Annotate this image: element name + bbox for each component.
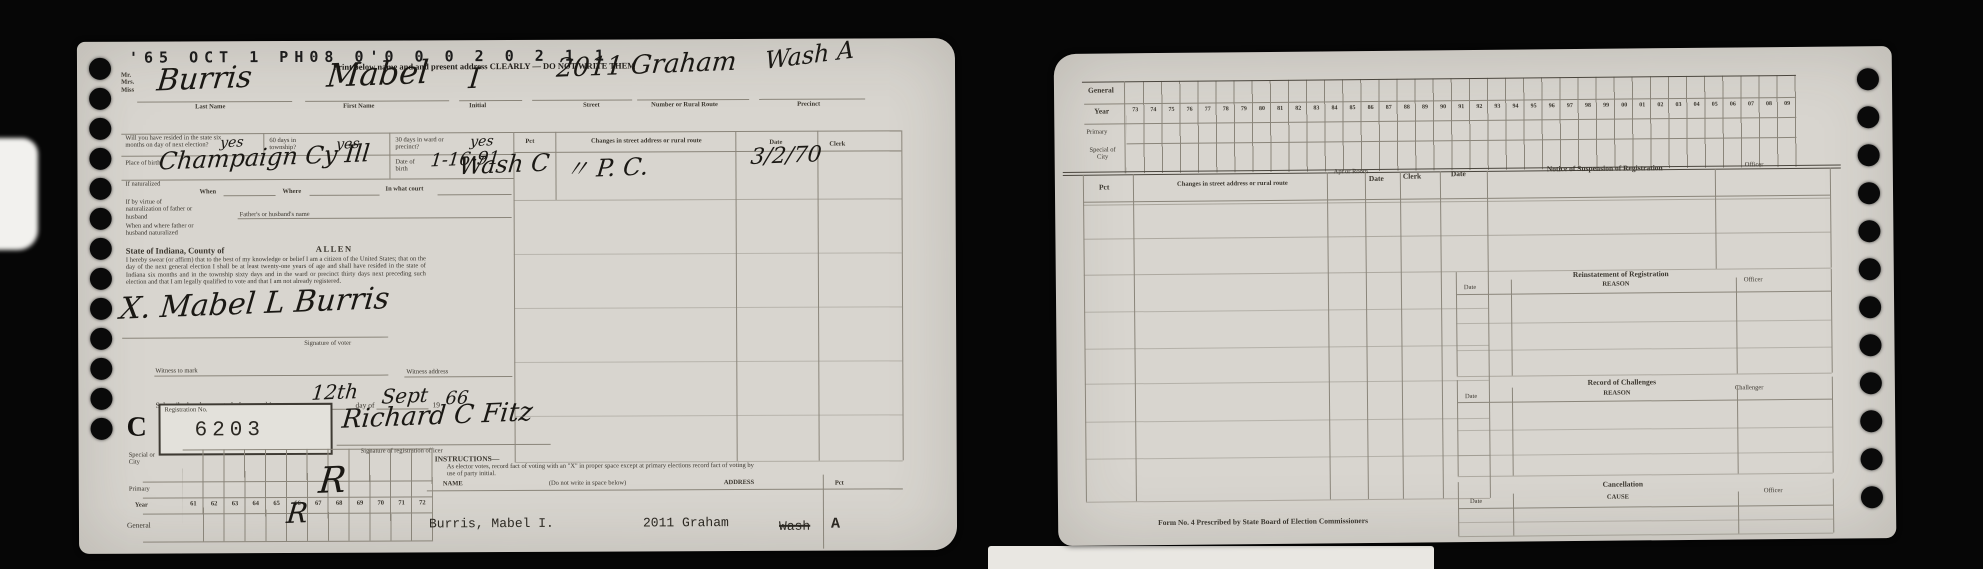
adjacent-card-edge [988,546,1434,569]
grid-special-label: Special of City [1087,146,1119,161]
year-cell: 02 [1651,102,1669,108]
salutation-labels: Mr. Mrs. Miss [121,72,134,94]
year-cell: 97 [1561,103,1579,109]
year-cell: 91 [1452,104,1470,110]
punch-hole [1857,106,1879,128]
rule-line [1084,345,1488,350]
punch-hole [1858,220,1880,242]
rule-line [1457,427,1832,432]
punch-hole [90,388,112,410]
col-clerk-header: Clerk [1403,173,1421,182]
initial-label: Initial [469,102,486,109]
rule-line [310,195,380,196]
oath-heading: State of Indiana, County of [126,246,225,256]
rule-line [817,131,819,461]
punch-hole [90,238,112,260]
reinstatement-officer-label: Officer [1744,276,1763,283]
year-cell: 98 [1579,103,1597,109]
rule-line [1513,494,1514,536]
rule-line [1456,320,1831,325]
salutation-mr: Mr. [121,72,134,79]
rule-line [514,252,902,255]
col-changes-header: Changes in street address or rural route [1150,180,1315,189]
typed-precinct-struck: Wash [779,519,810,534]
rule-line [122,337,388,339]
rule-line [143,540,433,542]
punch-hole [89,118,111,140]
punch-hole [89,88,111,110]
date-of-birth-label: Date of birth [395,158,425,173]
witness-to-mark-label: Witness to mark [155,367,197,374]
rule-line [121,178,513,181]
col-date2-header: Date [1451,170,1466,179]
salutation-miss: Miss [121,86,134,93]
rule-line [1458,519,1833,524]
naturalized-when-label: When [200,188,217,195]
year-cell: 69 [350,500,371,507]
changes-clerk-header: Clerk [829,141,845,148]
rule-line [1458,505,1833,510]
col-pct-header: Pct [1099,184,1110,192]
rule-line [459,100,522,101]
precinct-label: Precinct [797,101,820,108]
registration-officer-signature: Richard C Fitz [341,397,535,435]
instructions-body: As elector votes, record fact of voting … [447,462,759,478]
col-suspension-header: Notice of Suspension of Registration [1507,164,1703,174]
rule-line [1715,169,1717,269]
punch-hole [89,178,111,200]
punch-hole [90,298,112,320]
punch-hole [90,328,112,350]
reinstatement-date-label: Date [1464,284,1476,291]
rule-line [1831,269,1833,373]
rule-line [1400,172,1404,499]
rule-line [1365,172,1369,499]
rule-line [1133,174,1137,501]
cancellation-title: Cancellation [1498,479,1748,490]
rule-line [1456,291,1831,296]
year-cell: 63 [225,500,246,507]
year-cell: 00 [1615,102,1633,108]
year-cell: 95 [1525,103,1543,109]
last-name-value: Burris [155,60,254,99]
year-cell: 73 [1126,107,1144,113]
address-column-label: ADDRESS [724,479,754,486]
year-cell: 92 [1470,104,1488,110]
rule-line [1440,171,1444,498]
year-cell: 83 [1307,105,1325,111]
rule-line [389,155,390,179]
rule-line [224,195,276,196]
rule-line [427,488,903,491]
rule-line [1086,455,1490,460]
rule-line [514,198,902,201]
rule-line [1833,479,1835,533]
punch-holes-left [89,58,113,440]
year-cell: 62 [204,500,225,507]
vote-mark-primary: R [317,460,348,502]
rule-line [514,306,902,309]
col-date-header: Date [1369,175,1384,184]
vote-grid-columns [1126,75,1797,173]
year-cell: 89 [1416,104,1434,110]
rule-line [514,360,902,363]
changes-header: Changes in street address or rural route [567,137,725,145]
changes-pct-header: Pct [525,138,534,145]
rule-line [154,375,388,377]
punch-holes-right [1857,68,1883,508]
vote-grid-special-label: Special or City [129,452,165,467]
challenges-officer-label: Challenger [1735,384,1764,392]
year-cell: 06 [1724,101,1742,107]
pct-column-label: Pct [835,480,844,487]
vote-grid-general-label: General [127,522,151,530]
rule-line [238,217,512,219]
first-name-value: Mabel [325,53,430,95]
rule-line [337,444,551,446]
form-number-footer: Form No. 4 Prescribed by State Board of … [1158,517,1368,527]
changes-entry-date: 3/2/70 [749,142,822,170]
cancellation-cause-label: CAUSE [1528,493,1708,502]
rule-line [1085,380,1489,385]
name-column-label: NAME [443,480,463,487]
first-name-label: First Name [343,103,374,110]
punch-hole [89,148,111,170]
vote-mark-general: R [285,496,309,530]
punch-hole [1859,258,1881,280]
rule-line [1457,399,1832,404]
challenges-date-label: Date [1465,393,1477,400]
scanner-edge-artifact [0,138,38,250]
street-value: 2011 Graham [555,47,738,84]
last-name-label: Last Name [195,103,225,110]
typed-name: Burris, Mabel I. [429,516,554,532]
rule-line [1083,232,1830,240]
rule-line [1458,452,1833,457]
rule-line [1738,491,1739,533]
rule-line [438,194,512,195]
year-cell: 72 [412,499,433,506]
year-cell: 70 [370,500,391,507]
year-cell: 71 [391,499,412,506]
rule-line [1458,473,1833,478]
challenges-reason-label: REASON [1527,389,1707,398]
rule-line [901,130,903,460]
year-cell: 96 [1543,103,1561,109]
punch-hole [89,58,111,80]
changes-entry-value: 〃 P. C. [564,146,651,184]
typed-precinct-new: A [831,516,840,533]
col-apt-room-header: Apt or Room [1333,168,1369,176]
when-where-naturalized-label: When and where father or husband natural… [126,222,216,237]
cancellation-date-label: Date [1470,498,1482,505]
voter-registration-card-back: General Year Primary Special of City 737… [1054,46,1897,546]
rule-line [1327,172,1331,499]
challenges-title: Record of Challenges [1497,377,1747,388]
year-cell: 85 [1343,105,1361,111]
rule-line [555,132,556,200]
rule-line [1083,175,1087,502]
col-officer-header: Officer [1745,161,1764,168]
year-cell: 04 [1688,102,1706,108]
year-cell: 99 [1597,103,1615,109]
cancellation-officer-label: Officer [1764,487,1783,494]
section-letter: C [127,412,147,443]
rule-line [1832,377,1834,473]
rule-line [389,133,390,155]
by-virtue-label: If by virtue of naturalization of father… [126,198,196,220]
year-cell: 90 [1434,104,1452,110]
voter-registration-card-front: Print below name and and present address… [77,38,957,554]
year-cell: 64 [245,500,266,507]
typed-address: 2011 Graham [643,515,729,530]
punch-hole [91,418,113,440]
signature-of-voter-label: Signature of voter [304,340,351,347]
year-cell: 77 [1199,106,1217,112]
year-cell: 03 [1669,102,1687,108]
reinstatement-title: Reinstatement of Registration [1496,269,1746,280]
year-cell: 74 [1144,107,1162,113]
year-cell: 65 [266,500,287,507]
changes-entry-pct: Wash C [457,149,550,181]
punch-hole [1858,182,1880,204]
registration-number-label: Registration No. [164,406,207,413]
punch-hole [90,268,112,290]
rule-line [404,376,512,377]
rule-line [515,414,903,417]
year-cell: 86 [1362,105,1380,111]
year-cell: 82 [1289,106,1307,112]
year-cell: 78 [1217,106,1235,112]
voter-signature: X. Mabel L Burris [118,281,391,327]
rule-line [823,475,824,549]
rule-line [1085,418,1489,423]
number-rural-route-label: Number or Rural Route [651,101,718,109]
rule-line [735,131,737,461]
vote-grid-primary-label: Primary [129,486,150,493]
vote-grid-year-label: Year [135,502,148,509]
punch-hole [1858,144,1880,166]
punch-hole [1857,68,1879,90]
reinstatement-reason-label: REASON [1526,280,1706,289]
year-cell: 61 [183,500,204,507]
grid-general-label: General [1088,86,1114,95]
year-cell: 08 [1760,101,1778,107]
year-cell: 81 [1271,106,1289,112]
year-cell: 84 [1325,105,1343,111]
grid-primary-label: Primary [1086,129,1107,136]
street-label: Street [583,102,600,109]
precinct-value: Wash A [765,35,854,75]
year-cell: 94 [1506,104,1524,110]
rule-line [1457,347,1832,352]
punch-hole [1859,334,1881,356]
grid-year-label: Year [1094,108,1109,117]
year-cell: 09 [1778,101,1796,107]
do-not-write-note: (Do not write in space below) [549,480,626,488]
rule-line [1086,498,1490,503]
punch-hole [90,208,112,230]
year-cell: 07 [1742,101,1760,107]
punch-hole [1860,410,1882,432]
punch-hole [90,358,112,380]
year-cell: 88 [1398,105,1416,111]
rule-line [1458,533,1833,538]
punch-hole [1860,372,1882,394]
rule-line [513,130,901,133]
microfilm-scan-background: Print below name and and present address… [0,0,1983,569]
naturalized-where-label: Where [283,188,302,195]
year-cell: 79 [1235,106,1253,112]
year-cell: 80 [1253,106,1271,112]
year-cell: 87 [1380,105,1398,111]
rule-line [1487,171,1491,498]
rule-line [305,100,449,102]
punch-hole [1859,296,1881,318]
naturalized-court-label: In what court [386,185,424,192]
witness-address-label: Witness address [406,368,448,375]
oath-county: ALLEN [316,245,353,255]
year-cell: 93 [1488,104,1506,110]
initial-value: I [467,62,481,96]
year-cell: 01 [1633,102,1651,108]
registration-number-value: 6203 [195,419,266,442]
rule-line [1084,308,1488,313]
year-cell: 05 [1706,102,1724,108]
rule-line [1457,380,1459,476]
salutation-mrs: Mrs. [121,79,134,86]
punch-hole [1860,448,1882,470]
year-cell: 75 [1162,107,1180,113]
vote-grid-columns [183,448,433,541]
if-naturalized-label: If naturalized [125,180,175,187]
sworn-day-value: 12th [310,379,359,405]
rule-line [532,99,632,100]
punch-hole [1861,486,1883,508]
rule-line [1830,168,1832,268]
rule-line [1456,272,1458,376]
year-cell: 76 [1180,107,1198,113]
